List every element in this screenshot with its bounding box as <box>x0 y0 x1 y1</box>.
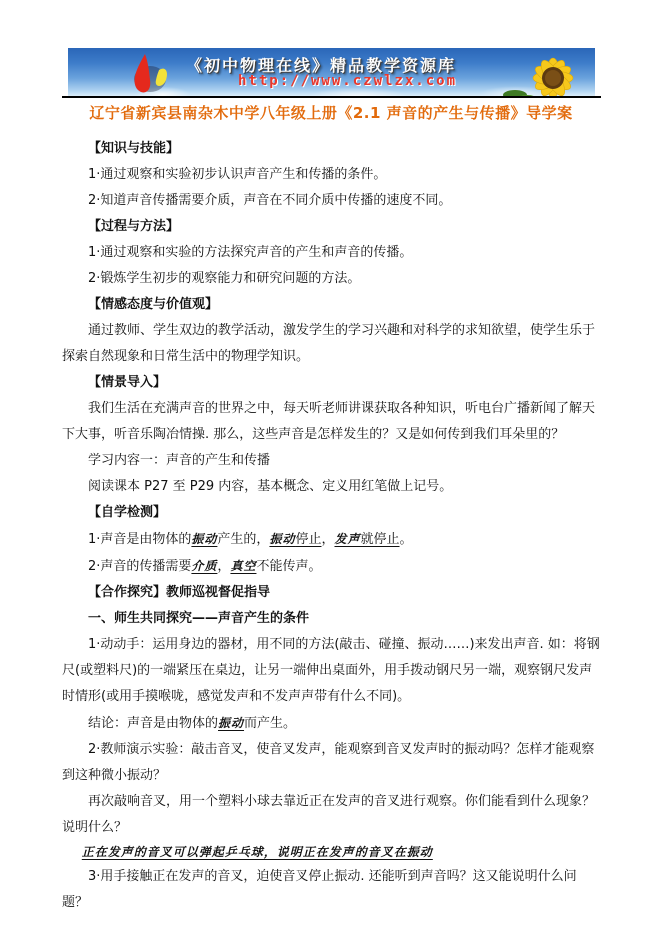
paragraph: 【情景导入】 <box>62 370 602 396</box>
paragraph: 1·通过观察和实验初步认识声音产生和传播的条件。 <box>62 162 602 188</box>
fill-in-answer: 正在发声的音叉可以弹起乒乓球，说明正在发声的音叉在振动 <box>82 845 433 859</box>
paragraph: 2·声音的传播需要介质，真空不能传声。 <box>62 553 602 580</box>
text-segment: 。 <box>400 532 413 547</box>
paragraph: 1·动动手：运用身边的器材，用不同的方法(敲击、碰撞、振动……)来发出声音. 如… <box>62 632 602 710</box>
paragraph: 1·声音是由物体的振动产生的，振动停止，发声就停止。 <box>62 526 602 553</box>
fill-in-answer: 振动 <box>269 532 295 546</box>
text-segment: 【情景导入】 <box>88 375 166 390</box>
text-segment: 1·通过观察和实验初步认识声音产生和传播的条件。 <box>88 167 386 182</box>
text-segment: 【自学检测】 <box>88 505 166 520</box>
paragraph: 一、师生共同探究——声音产生的条件 <box>62 606 602 632</box>
text-segment: 学习内容一：声音的产生和传播 <box>88 453 270 468</box>
text-segment: 通过教师、学生双边的教学活动，激发学生的学习兴趣和对科学的求知欲望，使学生乐于探… <box>62 323 595 364</box>
paragraph: 【过程与方法】 <box>62 214 602 240</box>
paragraph: 正在发声的音叉可以弹起乒乓球，说明正在发声的音叉在振动 <box>62 841 602 864</box>
paragraph: 学习内容一：声音的产生和传播 <box>62 448 602 474</box>
page-title: 辽宁省新宾县南杂木中学八年级上册《2.1 声音的产生与传播》导学案 <box>40 102 622 123</box>
paragraph: 阅读课本 P27 至 P29 内容，基本概念、定义用红笔做上记号。 <box>62 474 602 500</box>
site-banner: 《初中物理在线》精品教学资源库 http://www.czwlzx.com <box>68 48 595 97</box>
text-segment: 不能传声。 <box>256 559 321 574</box>
paragraph: 2·锻炼学生初步的观察能力和研究问题的方法。 <box>62 266 602 292</box>
paragraph: 2·知道声音传播需要介质，声音在不同介质中传播的速度不同。 <box>62 188 602 214</box>
text-segment: 而产生。 <box>244 716 296 731</box>
text-segment: 阅读课本 P27 至 P29 内容，基本概念、定义用红笔做上记号。 <box>88 479 452 494</box>
fill-in-answer: 振动 <box>191 532 217 546</box>
text-segment: 就停止 <box>361 532 400 547</box>
paragraph: 再次敲响音叉，用一个塑料小球去靠近正在发声的音叉进行观察。你们能看到什么现象？说… <box>62 789 602 841</box>
fill-in-answer: 发声 <box>334 532 360 546</box>
fill-in-answer: 振动 <box>218 716 244 730</box>
text-segment: 一、师生共同探究——声音产生的条件 <box>88 611 309 626</box>
text-segment: ， <box>217 559 230 574</box>
paragraph: 2·教师演示实验：敲击音叉，使音叉发声，能观察到音叉发声时的振动吗？怎样才能观察… <box>62 737 602 789</box>
text-segment: 2·声音的传播需要 <box>88 559 191 574</box>
text-segment: 【合作探究】教师巡视督促指导 <box>88 585 270 600</box>
paragraph: 3·用手接触正在发声的音叉，迫使音叉停止振动. 还能听到声音吗？这又能说明什么问… <box>62 864 602 916</box>
sunflower-icon <box>497 51 589 97</box>
text-segment: 2·知道声音传播需要介质，声音在不同介质中传播的速度不同。 <box>88 193 451 208</box>
document-page: { "banner": { "site_title": "《初中物理在线》精品教… <box>0 0 661 935</box>
text-segment: 3·用手接触正在发声的音叉，迫使音叉停止振动. 还能听到声音吗？这又能说明什么问… <box>62 869 577 910</box>
text-segment: 2·教师演示实验：敲击音叉，使音叉发声，能观察到音叉发声时的振动吗？怎样才能观察… <box>62 742 594 783</box>
paragraph: 【知识与技能】 <box>62 136 602 162</box>
text-segment: 2·锻炼学生初步的观察能力和研究问题的方法。 <box>88 271 360 286</box>
text-segment: 停止 <box>295 532 321 547</box>
paragraph: 结论：声音是由物体的振动而产生。 <box>62 710 602 737</box>
fill-in-answer: 介质 <box>191 559 217 573</box>
paragraph: 通过教师、学生双边的教学活动，激发学生的学习兴趣和对科学的求知欲望，使学生乐于探… <box>62 318 602 370</box>
banner-site-url: http://www.czwlzx.com <box>238 73 457 89</box>
text-segment: 再次敲响音叉，用一个塑料小球去靠近正在发声的音叉进行观察。你们能看到什么现象？说… <box>62 794 595 835</box>
text-segment: 【过程与方法】 <box>88 219 179 234</box>
text-segment: 我们生活在充满声音的世界之中，每天听老师讲课获取各种知识，听电台广播新闻了解天下… <box>62 401 595 442</box>
paragraph: 我们生活在充满声音的世界之中，每天听老师讲课获取各种知识，听电台广播新闻了解天下… <box>62 396 602 448</box>
text-segment: 结论：声音是由物体的 <box>88 716 218 731</box>
text-segment: 1·通过观察和实验的方法探究声音的产生和声音的传播。 <box>88 245 412 260</box>
text-segment: 1·声音是由物体的 <box>88 532 191 547</box>
paragraph: 1·通过观察和实验的方法探究声音的产生和声音的传播。 <box>62 240 602 266</box>
text-segment: 1·动动手：运用身边的器材，用不同的方法(敲击、碰撞、振动……)来发出声音. 如… <box>62 637 600 704</box>
text-segment: 产生的， <box>217 532 269 547</box>
text-segment: 【情感态度与价值观】 <box>88 297 218 312</box>
paragraph: 【自学检测】 <box>62 500 602 526</box>
document-body: 【知识与技能】1·通过观察和实验初步认识声音产生和传播的条件。2·知道声音传播需… <box>62 136 602 916</box>
header-divider <box>62 96 601 98</box>
text-segment: 【知识与技能】 <box>88 141 179 156</box>
text-segment: ， <box>321 532 334 547</box>
paragraph: 【情感态度与价值观】 <box>62 292 602 318</box>
paragraph: 【合作探究】教师巡视督促指导 <box>62 580 602 606</box>
fill-in-answer: 真空 <box>230 559 256 573</box>
flame-logo-icon <box>123 52 175 96</box>
